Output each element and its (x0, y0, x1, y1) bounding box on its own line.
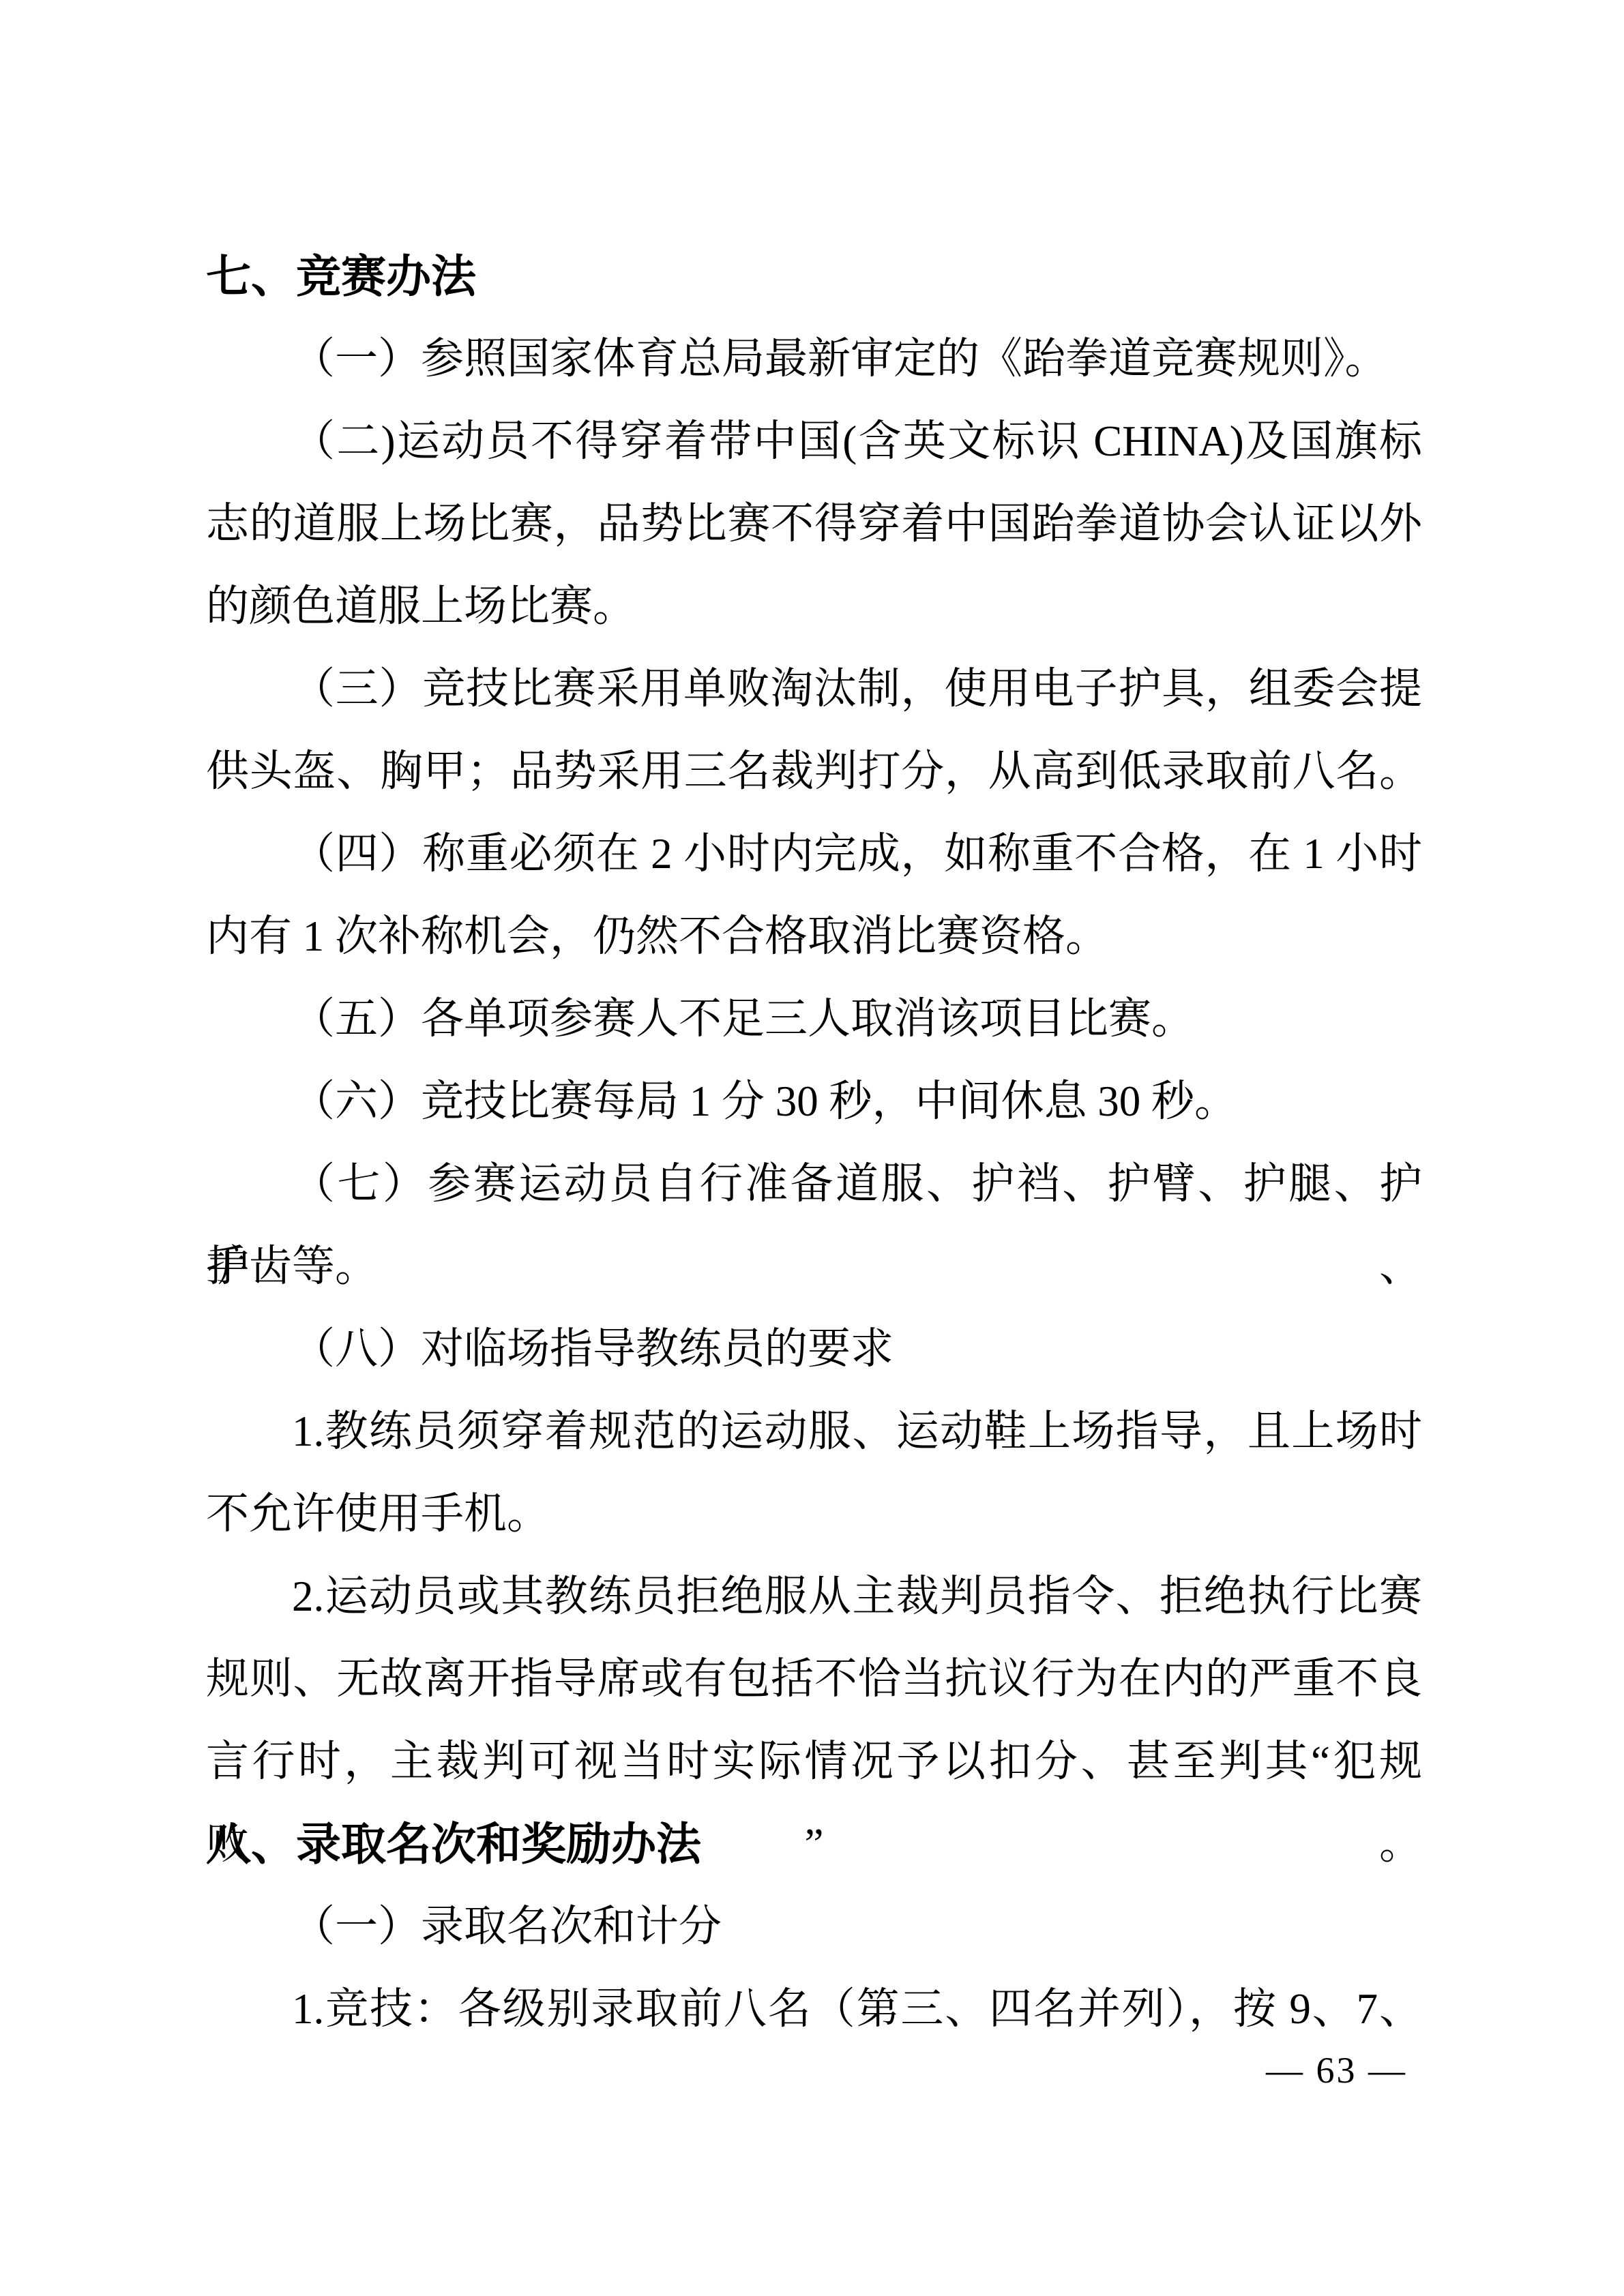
text-line: （一）参照国家体育总局最新审定的《跆拳道竞赛规则》。 (206, 318, 1422, 400)
text-line: 1.竞技：各级别录取前八名（第三、四名并列），按 9、7、 (206, 1968, 1422, 2051)
text-line: 1.教练员须穿着规范的运动服、运动鞋上场指导，且上场时 (206, 1390, 1422, 1473)
text-line: （八）对临场指导教练员的要求 (206, 1308, 1422, 1390)
document-body: 七、竞赛办法 （一）参照国家体育总局最新审定的《跆拳道竞赛规则》。 （二)运动员… (206, 235, 1422, 2051)
text-line: （二)运动员不得穿着带中国(含英文标识 CHINA)及国旗标 (206, 400, 1422, 483)
document-page: 七、竞赛办法 （一）参照国家体育总局最新审定的《跆拳道竞赛规则》。 （二)运动员… (0, 0, 1624, 2296)
text-line: 志的道服上场比赛，品势比赛不得穿着中国跆拳道协会认证以外 (206, 483, 1422, 565)
text-line: 供头盔、胸甲；品势采用三名裁判打分，从高到低录取前八名。 (206, 730, 1422, 813)
text-line: （三）竞技比赛采用单败淘汰制，使用电子护具，组委会提 (206, 648, 1422, 730)
text-line: （一）录取名次和计分 (206, 1885, 1422, 1968)
text-line: 的颜色道服上场比赛。 (206, 565, 1422, 648)
text-line: （七）参赛运动员自行准备道服、护裆、护臂、护腿、护手、 (206, 1143, 1422, 1225)
text-line: 不允许使用手机。 (206, 1473, 1422, 1555)
text-line: （六）竞技比赛每局 1 分 30 秒，中间休息 30 秒。 (206, 1060, 1422, 1143)
text-line: 言行时，主裁判可视当时实际情况予以扣分、甚至判其“犯规败”。 (206, 1720, 1422, 1803)
text-line: 内有 1 次补称机会，仍然不合格取消比赛资格。 (206, 895, 1422, 978)
text-line: 规则、无故离开指导席或有包括不恰当抗议行为在内的严重不良 (206, 1638, 1422, 1720)
text-line: （五）各单项参赛人不足三人取消该项目比赛。 (206, 978, 1422, 1060)
page-number: — 63 — (1266, 2043, 1407, 2098)
section-heading-7: 七、竞赛办法 (206, 235, 1422, 318)
text-line: （四）称重必须在 2 小时内完成，如称重不合格，在 1 小时 (206, 813, 1422, 895)
text-line: 2.运动员或其教练员拒绝服从主裁判员指令、拒绝执行比赛 (206, 1555, 1422, 1638)
